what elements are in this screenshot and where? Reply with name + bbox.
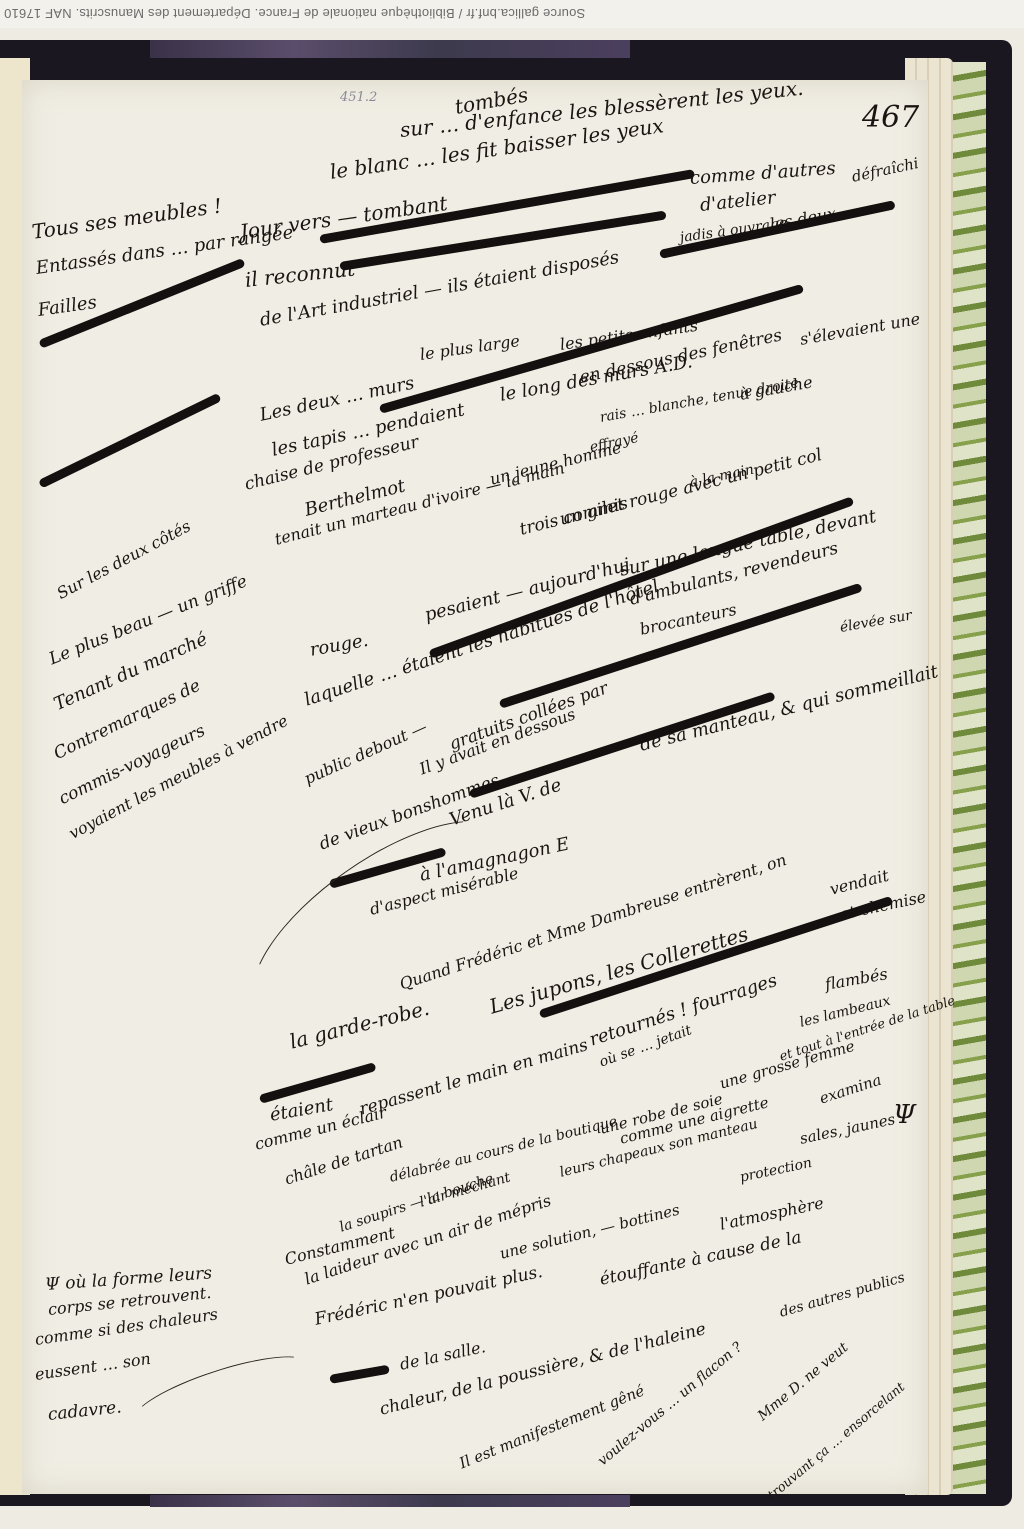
marbled-endpaper (950, 62, 986, 1494)
binding-marble-top (150, 40, 630, 58)
pencil-number: 451.2 (340, 90, 377, 105)
binding-marble-bottom (150, 1495, 630, 1507)
source-bar: Source gallica.bnf.fr / Bibliothèque nat… (0, 0, 1024, 28)
folio-number: 467 (862, 100, 919, 135)
source-attribution: Source gallica.bnf.fr / Bibliothèque nat… (4, 6, 585, 21)
